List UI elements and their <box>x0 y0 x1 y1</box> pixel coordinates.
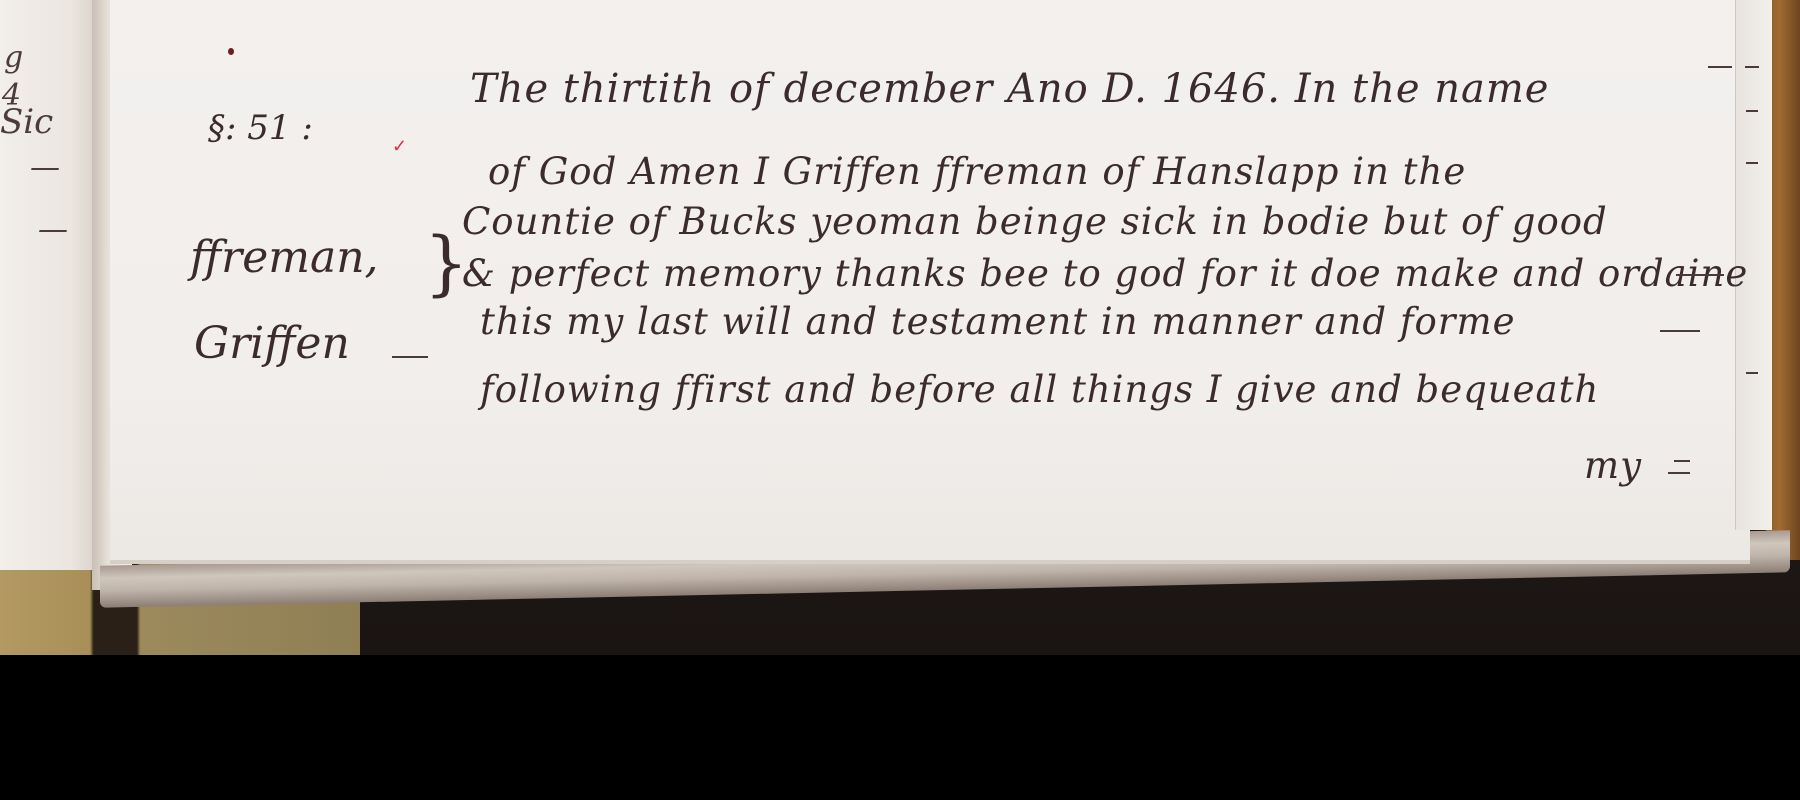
line-end-dash <box>1674 460 1690 462</box>
text-line-4: & perfect memory thanks bee to god for i… <box>462 252 1748 295</box>
folio-number: §: 51 : <box>208 108 313 148</box>
line-end-dash <box>1668 472 1690 474</box>
left-page-fragment: Sic <box>0 102 53 142</box>
margin-dash <box>392 356 428 358</box>
left-page-fragment: — <box>38 212 68 247</box>
text-line-6: following ffirst and before all things I… <box>480 368 1599 411</box>
left-page: g 4 Sic — — <box>0 0 100 570</box>
margin-name-surname: ffreman, <box>190 232 379 283</box>
text-line-7: my <box>1584 444 1642 487</box>
left-page-fragment: g <box>4 40 23 75</box>
line-end-dash <box>1745 66 1759 68</box>
red-tick-mark: ✓ <box>392 136 402 148</box>
line-end-dash <box>1746 372 1758 374</box>
line-end-dash <box>1746 110 1758 112</box>
line-end-dash <box>1660 330 1700 332</box>
line-end-dash <box>1746 162 1758 164</box>
text-line-3: Countie of Bucks yeoman beinge sick in b… <box>462 200 1608 243</box>
margin-name-forename: Griffen <box>194 318 350 369</box>
line-end-dash <box>1676 274 1724 276</box>
text-line-2: of God Amen I Griffen ffreman of Hanslap… <box>488 150 1466 193</box>
text-line-5: this my last will and testament in manne… <box>480 300 1515 343</box>
ink-blot <box>228 48 234 55</box>
text-line-1: The thirtith of december Ano D. 1646. In… <box>470 66 1549 112</box>
left-page-fragment: — <box>30 150 60 185</box>
photo-scene: g 4 Sic — — §: 51 : ✓ ffreman, Griffen }… <box>0 0 1800 655</box>
line-end-dash <box>1708 66 1732 68</box>
